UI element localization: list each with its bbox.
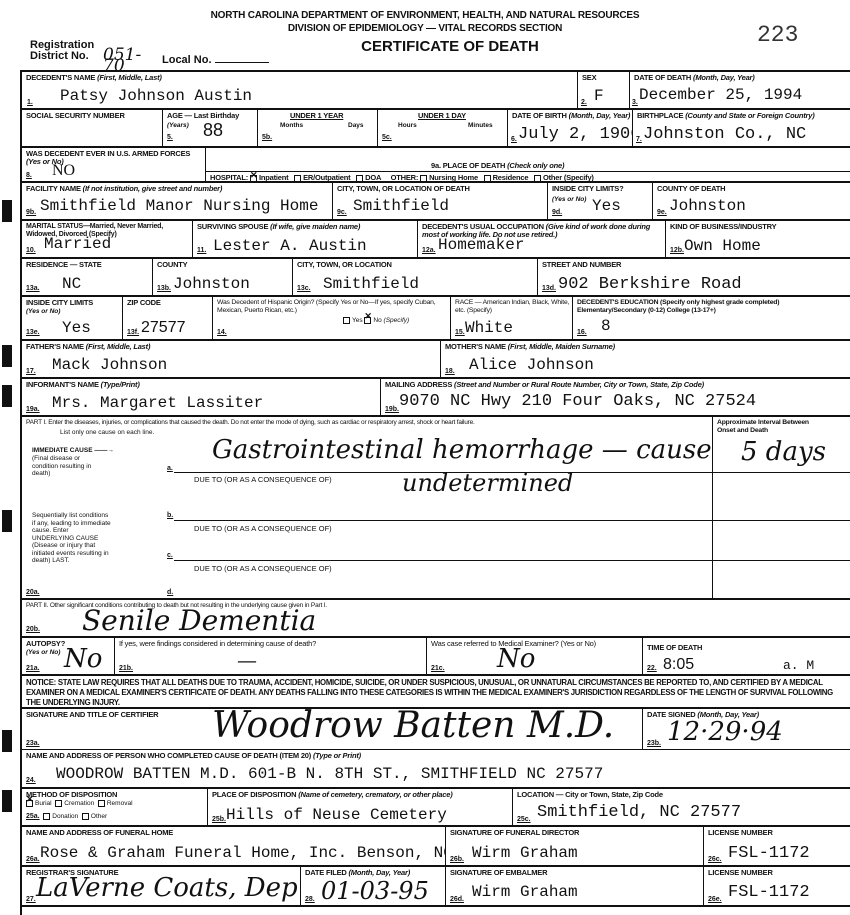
due-to-label: DUE TO (OR AS A CONSEQUENCE OF) xyxy=(194,565,332,573)
father-name-value: Mack Johnson xyxy=(52,356,167,374)
sex-field[interactable]: SEX 2. F xyxy=(577,72,629,108)
embalmer-license-field[interactable]: LICENSE NUMBER 26e. FSL-1172 xyxy=(703,867,850,905)
label: If yes, were findings considered in dete… xyxy=(119,640,316,648)
interval-a-value[interactable]: 5 days xyxy=(741,437,826,467)
item-number: 28. xyxy=(305,896,315,903)
place-of-disposition-field[interactable]: PLACE OF DISPOSITION (Name of cemetery, … xyxy=(207,789,512,825)
autopsy-value: No xyxy=(64,644,102,674)
disposition-options-row-2: 25a. Donation Other xyxy=(26,813,107,821)
doa-label: DOA xyxy=(365,173,381,181)
hint: (Yes or No) xyxy=(552,196,586,204)
date-signed-value: 12·29·94 xyxy=(667,717,783,747)
label: FATHER'S NAME xyxy=(26,342,84,351)
residence-street-field[interactable]: STREET AND NUMBER 13d. 902 Berkshire Roa… xyxy=(537,259,850,295)
label: MAILING ADDRESS xyxy=(385,380,452,389)
inside-city-limits-field[interactable]: INSIDE CITY LIMITS? (Yes or No) 9d. Yes xyxy=(547,183,652,219)
medical-examiner-field[interactable]: Was case referred to Medical Examiner? (… xyxy=(426,638,642,674)
part-1-cause-of-death: PART I. Enter the diseases, injuries, or… xyxy=(22,415,850,598)
label: IMMEDIATE CAUSE xyxy=(32,447,93,454)
item-number: 12a. xyxy=(422,247,436,254)
disposition-options-row-1: Burial Cremation Removal xyxy=(26,800,133,808)
race-field[interactable]: RACE — American Indian, Black, White, et… xyxy=(450,297,572,339)
hint: (Yes or No) xyxy=(26,308,60,316)
other-conditions-field[interactable]: PART II. Other significant conditions co… xyxy=(22,600,850,636)
city-of-death-field[interactable]: CITY, TOWN, OR LOCATION OF DEATH 9c. Smi… xyxy=(332,183,547,219)
item-number: 26b. xyxy=(450,856,464,863)
registration-block: Registration District No. 051-70 Local N… xyxy=(30,40,94,62)
notice-text: NOTICE: STATE LAW REQUIRES THAT ALL DEAT… xyxy=(26,678,848,708)
item-number: a. xyxy=(167,465,173,472)
notice-block: NOTICE: STATE LAW REQUIRES THAT ALL DEAT… xyxy=(22,674,850,707)
surviving-spouse-value: Lester A. Austin xyxy=(213,237,367,255)
department-heading: NORTH CAROLINA DEPARTMENT OF ENVIRONMENT… xyxy=(0,10,850,21)
local-number[interactable]: Local No. xyxy=(162,54,269,66)
death-certificate-form: DECEDENT'S NAME (First, Middle, Last) 1.… xyxy=(20,70,850,915)
label: INSIDE CITY LIMITS xyxy=(26,299,93,307)
hint: (Month, Day, Year) xyxy=(569,111,631,120)
label: INSIDE CITY LIMITS? xyxy=(552,185,623,193)
label: NAME AND ADDRESS OF PERSON WHO COMPLETED… xyxy=(26,751,311,760)
date-of-death-field[interactable]: DATE OF DEATH (Month, Day, Year) 3. Dece… xyxy=(629,72,850,108)
row-funeral-home: NAME AND ADDRESS OF FUNERAL HOME 26a. Ro… xyxy=(22,825,850,865)
autopsy-findings-value: — xyxy=(237,648,257,672)
embalmer-license-value: FSL-1172 xyxy=(728,883,810,902)
marital-status-field[interactable]: MARITAL STATUS—Married, Never Married, W… xyxy=(22,221,192,257)
immediate-cause-label: IMMEDIATE CAUSE ——→ xyxy=(32,447,114,455)
label: CITY, TOWN, OR LOCATION xyxy=(297,261,392,269)
label: DECEDENT'S EDUCATION (Specify only highe… xyxy=(577,299,849,315)
residence-inside-city-field[interactable]: INSIDE CITY LIMITS (Yes or No) 13e. Yes xyxy=(22,297,122,339)
item-number: 25c. xyxy=(517,816,531,823)
label: SOCIAL SECURITY NUMBER xyxy=(26,112,125,120)
item-number: 9d. xyxy=(552,209,562,216)
interval-label: Approximate Interval Between Onset and D… xyxy=(717,419,817,435)
residence-state-value: NC xyxy=(62,275,81,293)
item-number: 22. xyxy=(647,665,657,672)
hint: (Type/Print) xyxy=(101,380,140,389)
cremation-checkbox[interactable] xyxy=(55,800,62,807)
hours-label: Hours xyxy=(398,122,417,130)
label: LICENSE NUMBER xyxy=(708,829,773,837)
label: AGE — Last Birthday xyxy=(167,112,239,120)
edge-tab xyxy=(2,510,12,532)
usual-occupation-field[interactable]: DECEDENT'S USUAL OCCUPATION (Give kind o… xyxy=(417,221,665,257)
business-industry-value: Own Home xyxy=(684,237,761,255)
race-value: White xyxy=(465,319,513,337)
months-label: Months xyxy=(280,122,303,130)
item-number: 10. xyxy=(26,247,36,254)
label: CITY, TOWN, OR LOCATION OF DEATH xyxy=(337,185,470,193)
other-label: Other xyxy=(91,813,107,820)
label: RESIDENCE — STATE xyxy=(26,261,102,269)
mother-name-field[interactable]: MOTHER'S NAME (First, Middle, Maiden Sur… xyxy=(440,341,850,377)
item-number: 21b. xyxy=(119,665,133,672)
item-number: 9a. xyxy=(431,161,441,170)
item-number: 11. xyxy=(197,247,206,254)
hint: (First, Middle, Last) xyxy=(86,342,151,351)
date-filed-value: 01-03-95 xyxy=(321,877,429,905)
item-number: 26e. xyxy=(708,896,722,903)
label: KIND OF BUSINESS/INDUSTRY xyxy=(670,223,776,231)
label: SIGNATURE OF FUNERAL DIRECTOR xyxy=(450,829,579,837)
edge-tab xyxy=(2,385,12,407)
item-number: 19a. xyxy=(26,406,40,413)
item-number: 13d. xyxy=(542,285,556,292)
cause-line-b[interactable] xyxy=(174,520,712,521)
item-number: 21a. xyxy=(26,665,40,672)
row-marital: MARITAL STATUS—Married, Never Married, W… xyxy=(22,219,850,257)
age-field[interactable]: AGE — Last Birthday (Years) 5. 88 xyxy=(162,110,257,146)
date-filed-field[interactable]: DATE FILED (Month, Day, Year) 28. 01-03-… xyxy=(300,867,445,905)
local-no-field[interactable] xyxy=(215,54,269,63)
city-of-death-value: Smithfield xyxy=(353,197,449,215)
decedent-name-field[interactable]: DECEDENT'S NAME (First, Middle, Last) 1.… xyxy=(22,72,577,108)
label: SURVIVING SPOUSE xyxy=(197,222,268,231)
minutes-label: Minutes xyxy=(468,122,493,130)
hint: (Name of cemetery, crematory, or other p… xyxy=(298,790,452,799)
age-value: 88 xyxy=(203,120,223,141)
mailing-address-value: 9070 NC Hwy 210 Four Oaks, NC 27524 xyxy=(399,392,756,411)
hint: (First, Middle, Last) xyxy=(97,73,162,82)
residence-state-field[interactable]: RESIDENCE — STATE 13a. NC xyxy=(22,259,152,295)
label: COUNTY OF DEATH xyxy=(657,185,725,193)
time-of-death-field[interactable]: TIME OF DEATH 22. 8:05 a. M xyxy=(642,638,850,674)
burial-checkbox[interactable] xyxy=(26,800,33,807)
due-to-label: DUE TO (OR AS A CONSEQUENCE OF) xyxy=(194,476,332,484)
item-number: 3. xyxy=(632,99,638,106)
item-number: 13c. xyxy=(297,285,311,292)
row-registrar: REGISTRAR'S SIGNATURE 27. LaVerne Coats,… xyxy=(22,865,850,907)
inside-city-limits-value: Yes xyxy=(592,197,621,215)
cause-line-c[interactable] xyxy=(174,560,712,561)
er-outpatient-label: ER/Outpatient xyxy=(303,173,350,181)
residence-street-value: 902 Berkshire Road xyxy=(558,275,742,294)
under-1-day-field[interactable]: UNDER 1 DAY Hours Minutes 5c. xyxy=(377,110,507,146)
item-number: 14. xyxy=(217,329,227,336)
item-number: 25a. xyxy=(26,813,40,820)
label: INFORMANT'S NAME xyxy=(26,380,99,389)
hispanic-yes-label: Yes xyxy=(352,317,363,324)
days-label: Days xyxy=(348,122,364,130)
row-age-birth: SOCIAL SECURITY NUMBER AGE — Last Birthd… xyxy=(22,108,850,146)
burial-label: Burial xyxy=(35,800,52,807)
date-of-birth-value: July 2, 1906 xyxy=(518,125,632,144)
item-number: 26a. xyxy=(26,856,40,863)
funeral-home-field[interactable]: NAME AND ADDRESS OF FUNERAL HOME 26a. Ro… xyxy=(22,827,445,865)
label: AUTOPSY? xyxy=(26,640,65,648)
label: METHOD OF DISPOSITION xyxy=(26,791,117,799)
residence-county-value: Johnston xyxy=(173,275,250,293)
birthplace-value: Johnston Co., NC xyxy=(643,125,806,144)
label: SIGNATURE AND TITLE OF CERTIFIER xyxy=(26,711,158,719)
hispanic-options: Yes No (Specify) xyxy=(343,317,409,325)
item-number: 5b. xyxy=(262,134,272,141)
item-number: 13b. xyxy=(157,285,171,292)
director-license-value: FSL-1172 xyxy=(728,844,810,863)
item-number: 9c. xyxy=(337,209,347,216)
item-number: 27. xyxy=(26,896,36,903)
edge-tab xyxy=(2,730,12,752)
label: STREET AND NUMBER xyxy=(542,261,621,269)
row-parents: FATHER'S NAME (First, Middle, Last) 17. … xyxy=(22,339,850,377)
hint: (Specify) xyxy=(384,317,410,324)
part-1-label: PART I. Enter the diseases, injuries, or… xyxy=(26,419,475,427)
row-informant: INFORMANT'S NAME (Type/Print) 19a. Mrs. … xyxy=(22,377,850,415)
label: DATE FILED xyxy=(305,868,347,877)
hospital-label: HOSPITAL: xyxy=(210,173,248,181)
hint: (First, Middle, Maiden Surname) xyxy=(508,342,615,351)
item-number: 5. xyxy=(167,134,173,141)
item-number: 13a. xyxy=(26,285,40,292)
item-number: 15. xyxy=(455,329,465,336)
item-number: 21c. xyxy=(431,665,445,672)
label: FACILITY NAME xyxy=(26,184,81,193)
row-decedent-name: DECEDENT'S NAME (First, Middle, Last) 1.… xyxy=(22,70,850,108)
label: RACE — American Indian, Black, White, et… xyxy=(455,299,572,315)
hint: (Month, Day, Year) xyxy=(349,868,411,877)
place-of-death-options: HOSPITAL: Inpatient ER/Outpatient DOA OT… xyxy=(210,174,594,181)
item-number: 8. xyxy=(26,172,32,179)
item-number: 7. xyxy=(636,136,642,143)
funeral-home-value: Rose & Graham Funeral Home, Inc. Benson,… xyxy=(40,844,445,862)
embalmer-field[interactable]: SIGNATURE OF EMBALMER 26d. Wirm Graham xyxy=(445,867,703,905)
hispanic-no-label: No xyxy=(373,317,381,324)
medical-examiner-value: No xyxy=(497,644,535,674)
row-autopsy: AUTOPSY? (Yes or No) 21a. No If yes, wer… xyxy=(22,636,850,674)
certifier-signature-value: Woodrow Batten M.D. xyxy=(212,709,614,746)
date-of-birth-field[interactable]: DATE OF BIRTH (Month, Day, Year) 6. July… xyxy=(507,110,632,146)
registrar-signature-value: LaVerne Coats, Dep Reg xyxy=(36,873,300,903)
certificate-title: CERTIFICATE OF DEATH xyxy=(25,38,850,55)
immediate-cause-hint: (Final disease or condition resulting in… xyxy=(32,455,94,478)
other-specify-label: Other (Specify) xyxy=(543,173,594,181)
item-number: 13f. xyxy=(127,329,139,336)
cause-line-a-continued: undetermined xyxy=(402,469,573,497)
hispanic-yes-checkbox[interactable] xyxy=(343,317,350,324)
donation-checkbox[interactable] xyxy=(43,813,50,820)
item-number: 23b. xyxy=(647,740,661,747)
armed-forces-value: NO xyxy=(52,162,75,180)
funeral-director-value: Wirm Graham xyxy=(472,844,578,862)
label: MOTHER'S NAME xyxy=(445,342,506,351)
removal-checkbox[interactable] xyxy=(98,800,105,807)
embalmer-value: Wirm Graham xyxy=(472,883,578,901)
row-facility: FACILITY NAME (If not institution, give … xyxy=(22,181,850,219)
donation-label: Donation xyxy=(52,813,78,820)
row-disposition: METHOD OF DISPOSITION Burial Cremation R… xyxy=(22,787,850,825)
ssn-field[interactable]: SOCIAL SECURITY NUMBER xyxy=(22,110,162,146)
armed-forces-field[interactable]: WAS DECEDENT EVER IN U.S. ARMED FORCES (… xyxy=(22,148,205,181)
label: TIME OF DEATH xyxy=(647,644,702,652)
hint: (Yes or No) xyxy=(26,649,60,657)
education-field[interactable]: DECEDENT'S EDUCATION (Specify only highe… xyxy=(572,297,850,339)
row-residence: RESIDENCE — STATE 13a. NC COUNTY 13b. Jo… xyxy=(22,257,850,295)
item-number: d. xyxy=(167,589,173,596)
local-no-label: Local No. xyxy=(162,54,212,66)
label: ZIP CODE xyxy=(127,299,161,307)
label: Was Decedent of Hispanic Origin? (Specif… xyxy=(217,299,445,315)
label: SIGNATURE OF EMBALMER xyxy=(450,869,547,877)
other-label: OTHER: xyxy=(391,173,419,181)
funeral-director-field[interactable]: SIGNATURE OF FUNERAL DIRECTOR 26b. Wirm … xyxy=(445,827,703,865)
date-of-death-value: December 25, 1994 xyxy=(639,86,802,104)
registrar-signature-field[interactable]: REGISTRAR'S SIGNATURE 27. LaVerne Coats,… xyxy=(22,867,300,905)
hint: (Street and Number or Rural Route Number… xyxy=(454,380,704,389)
hint: (Years) xyxy=(167,122,189,130)
label: LICENSE NUMBER xyxy=(708,869,773,877)
disposition-location-value: Smithfield, NC 27577 xyxy=(537,803,741,822)
mother-name-value: Alice Johnson xyxy=(469,356,594,374)
nursing-home-label: Nursing Home xyxy=(429,173,478,181)
label: PLACE OF DEATH xyxy=(443,161,505,170)
date-signed-field[interactable]: DATE SIGNED (Month, Day, Year) 23b. 12·2… xyxy=(642,709,850,749)
removal-label: Removal xyxy=(107,800,133,807)
item-number: 5c. xyxy=(382,134,392,141)
label: PLACE OF DISPOSITION xyxy=(212,790,296,799)
completer-value: WOODROW BATTEN M.D. 601-B N. 8TH ST., SM… xyxy=(56,765,603,783)
mailing-address-field[interactable]: MAILING ADDRESS (Street and Number or Ru… xyxy=(380,379,850,415)
completer-field[interactable]: NAME AND ADDRESS OF PERSON WHO COMPLETED… xyxy=(22,750,850,787)
residence-label: Residence xyxy=(493,173,529,181)
label: UNDER 1 YEAR xyxy=(290,112,343,120)
birthplace-field[interactable]: BIRTHPLACE (County and State or Foreign … xyxy=(632,110,850,146)
informant-name-field[interactable]: INFORMANT'S NAME (Type/Print) 19a. Mrs. … xyxy=(22,379,380,415)
other-conditions-value: Senile Dementia xyxy=(82,604,316,636)
marital-status-value: Married xyxy=(44,235,111,253)
item-number: 16. xyxy=(577,329,587,336)
sequential-hint: Sequentially list conditions if any, lea… xyxy=(32,512,112,565)
label: DATE OF BIRTH xyxy=(512,111,567,120)
disposition-method-field: METHOD OF DISPOSITION Burial Cremation R… xyxy=(22,789,207,825)
item-number: b. xyxy=(167,512,173,519)
decedent-name-value: Patsy Johnson Austin xyxy=(60,87,252,105)
father-name-field[interactable]: FATHER'S NAME (First, Middle, Last) 17. … xyxy=(22,341,440,377)
residence-city-value: Smithfield xyxy=(323,275,419,293)
row-demographics: INSIDE CITY LIMITS (Yes or No) 13e. Yes … xyxy=(22,295,850,339)
informant-name-value: Mrs. Margaret Lassiter xyxy=(52,394,263,412)
item-number: 13e. xyxy=(26,329,40,336)
row-completer: NAME AND ADDRESS OF PERSON WHO COMPLETED… xyxy=(22,749,850,787)
certificate-number: 223 xyxy=(757,22,798,48)
item-number: 9b. xyxy=(26,209,36,216)
other-checkbox[interactable] xyxy=(82,813,89,820)
cause-line-a-value[interactable]: Gastrointestinal hemorrhage — cause xyxy=(212,435,712,465)
item-number: 26c. xyxy=(708,856,722,863)
label: UNDER 1 DAY xyxy=(418,112,466,120)
item-number: 20b. xyxy=(26,626,40,633)
hint: (Check only one) xyxy=(507,161,564,170)
place-of-disposition-value: Hills of Neuse Cemetery xyxy=(226,806,447,824)
edge-tab xyxy=(2,200,12,222)
cause-of-death-lines: PART I. Enter the diseases, injuries, or… xyxy=(22,417,712,598)
item-number: 2. xyxy=(581,99,587,106)
hint: (If wife, give maiden name) xyxy=(270,222,360,231)
autopsy-findings-field[interactable]: If yes, were findings considered in dete… xyxy=(114,638,426,674)
inpatient-label: Inpatient xyxy=(259,173,288,181)
registration-district-value[interactable]: 051-70 xyxy=(103,50,141,72)
autopsy-field[interactable]: AUTOPSY? (Yes or No) 21a. No xyxy=(22,638,114,674)
zip-code-value: 27577 xyxy=(141,319,186,337)
sex-value: F xyxy=(594,87,604,105)
director-license-field[interactable]: LICENSE NUMBER 26c. FSL-1172 xyxy=(703,827,850,865)
facility-name-field[interactable]: FACILITY NAME (If not institution, give … xyxy=(22,183,332,219)
hint: (Month, Day, Year) xyxy=(693,73,755,82)
item-number: 17. xyxy=(26,368,36,375)
item-number: 12b. xyxy=(670,247,684,254)
label: NAME AND ADDRESS OF FUNERAL HOME xyxy=(26,829,173,837)
label: LOCATION — City or Town, State, Zip Code xyxy=(517,791,663,799)
edge-tab xyxy=(2,345,12,367)
business-industry-field[interactable]: KIND OF BUSINESS/INDUSTRY 12b. Own Home xyxy=(665,221,850,257)
hint: (If not institution, give street and num… xyxy=(83,184,223,193)
item-number: c. xyxy=(167,552,173,559)
division-heading: DIVISION OF EPIDEMIOLOGY — VITAL RECORDS… xyxy=(0,23,850,34)
interval-column: Approximate Interval Between Onset and D… xyxy=(712,417,850,598)
label: SEX xyxy=(582,74,596,82)
place-of-death-field: 9a. PLACE OF DEATH (Check only one) HOSP… xyxy=(205,148,850,181)
hint: (County and State or Foreign Country) xyxy=(685,111,814,120)
item-number: 19b. xyxy=(385,406,399,413)
certifier-signature-field[interactable]: SIGNATURE AND TITLE OF CERTIFIER 23a. Wo… xyxy=(22,709,642,749)
hint: (Type or Print) xyxy=(313,751,361,760)
label: DATE OF DEATH xyxy=(634,73,691,82)
label: BIRTHPLACE xyxy=(637,111,683,120)
cremation-label: Cremation xyxy=(64,800,94,807)
under-1-year-field[interactable]: UNDER 1 YEAR Months Days 5b. xyxy=(257,110,377,146)
zip-code-field[interactable]: ZIP CODE 13f. 27577 xyxy=(122,297,212,339)
due-to-label: DUE TO (OR AS A CONSEQUENCE OF) xyxy=(194,525,332,533)
item-number: 23a. xyxy=(26,740,40,747)
item-number: 20a. xyxy=(26,589,40,596)
row-armed-place: WAS DECEDENT EVER IN U.S. ARMED FORCES (… xyxy=(22,146,850,181)
time-of-death-ampm: a. M xyxy=(783,658,814,673)
facility-name-value: Smithfield Manor Nursing Home xyxy=(40,197,318,215)
usual-occupation-value: Homemaker xyxy=(438,236,524,254)
label: DECEDENT'S NAME xyxy=(26,73,95,82)
item-number: 6. xyxy=(511,136,517,143)
hispanic-origin-field[interactable]: Was Decedent of Hispanic Origin? (Specif… xyxy=(212,297,450,339)
residence-inside-city-value: Yes xyxy=(62,319,91,337)
county-of-death-value: Johnston xyxy=(669,197,746,215)
surviving-spouse-field[interactable]: SURVIVING SPOUSE (If wife, give maiden n… xyxy=(192,221,417,257)
hispanic-no-checkbox[interactable] xyxy=(364,317,371,324)
district-label: District No. xyxy=(30,51,94,62)
label: COUNTY xyxy=(157,261,187,269)
disposition-location-field[interactable]: LOCATION — City or Town, State, Zip Code… xyxy=(512,789,850,825)
residence-county-field[interactable]: COUNTY 13b. Johnston xyxy=(152,259,292,295)
part-2-other-conditions: PART II. Other significant conditions co… xyxy=(22,598,850,636)
part-1-sub: List only one cause on each line. xyxy=(60,429,154,437)
row-certifier: SIGNATURE AND TITLE OF CERTIFIER 23a. Wo… xyxy=(22,707,850,749)
item-number: 1. xyxy=(27,99,33,106)
edge-tab xyxy=(2,790,12,812)
item-number: 26d. xyxy=(450,896,464,903)
item-number: 18. xyxy=(445,368,455,375)
item-number: 24. xyxy=(26,777,36,784)
county-of-death-field[interactable]: COUNTY OF DEATH 9e. Johnston xyxy=(652,183,850,219)
residence-city-field[interactable]: CITY, TOWN, OR LOCATION 13c. Smithfield xyxy=(292,259,537,295)
item-number: 9e. xyxy=(657,209,667,216)
time-of-death-value: 8:05 xyxy=(663,656,694,674)
education-value: 8 xyxy=(601,317,611,335)
item-number: 25b. xyxy=(212,816,226,823)
